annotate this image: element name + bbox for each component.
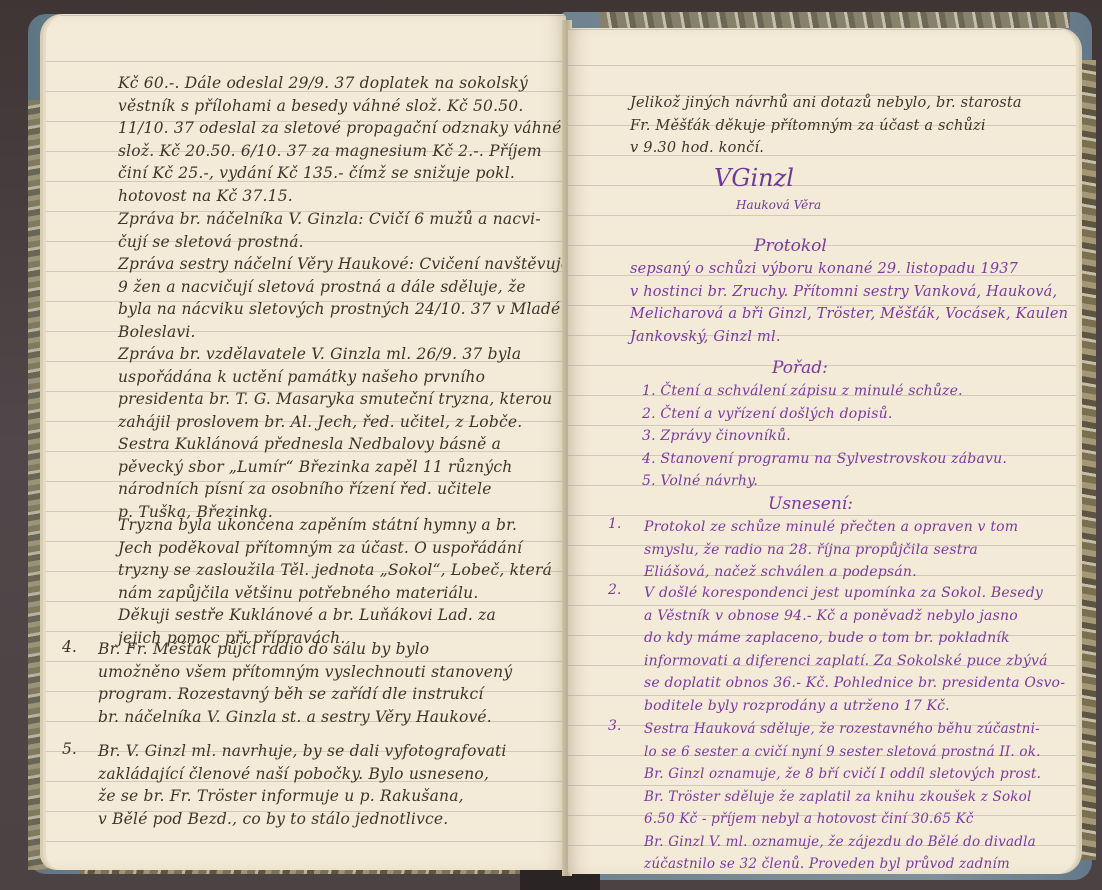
text-line: uspořádána k uctění památky našeho první… <box>118 366 552 389</box>
resolution-number: 2. <box>608 582 621 598</box>
text-line: lo se 6 sester a cvičí nyní 9 sester sle… <box>644 741 1041 764</box>
text-line: Sestra Kuklánová přednesla Nedbalovy bás… <box>118 433 552 456</box>
text-line: národních písní za osobního řízení řed. … <box>118 478 552 501</box>
signature-ginzl: VGinzl <box>714 164 794 192</box>
paragraph-item-4-radio: Br. Fr. Měšťák půjčí radio do sálu by by… <box>98 638 512 728</box>
text-line: boditele byly rozprodány a utrženo 17 Kč… <box>644 695 1065 718</box>
text-line: Protokol ze schůze minulé přečten a opra… <box>644 516 1018 539</box>
text-line: Jelikož jiných návrhů ani dotazů nebylo,… <box>630 92 1022 115</box>
paragraph-treasurer-report: Kč 60.-. Dále odeslal 29/9. 37 doplatek … <box>118 72 561 207</box>
text-line: že se br. Fr. Tröster informuje u p. Rak… <box>98 785 507 808</box>
paragraph-memorial-ceremony: Tryzna byla ukončena zapěním státní hymn… <box>118 514 552 649</box>
text-line: tryzny se zasloužila Těl. jednota „Sokol… <box>118 559 552 582</box>
paragraph-mens-leader-report: Zpráva br. náčelníka V. Ginzla: Cvičí 6 … <box>118 208 541 253</box>
text-line: věstník s přílohami a besedy váhné slož.… <box>118 95 561 118</box>
text-line: 6.50 Kč - příjem nebyl a hotovost činí 3… <box>644 808 1041 831</box>
text-line: Fr. Měšťák děkuje přítomným za účast a s… <box>630 115 1022 138</box>
item-number: 5. <box>62 740 77 758</box>
resolution-number: 3. <box>608 718 621 734</box>
agenda-list: 1. Čtení a schválení zápisu z minulé sch… <box>642 380 1007 493</box>
text-line: Br. Ginzl V. ml. oznamuje, že zájezdu do… <box>644 831 1041 854</box>
resolution-3: Sestra Hauková sděluje, že rozestavného … <box>644 718 1041 876</box>
text-line: Zpráva br. vzdělavatele V. Ginzla ml. 26… <box>118 343 552 366</box>
text-line: 11/10. 37 odeslal za sletové propagační … <box>118 117 561 140</box>
text-line: Zpráva sestry náčelní Věry Haukové: Cvič… <box>118 253 570 276</box>
text-line: Tryzna byla ukončena zapěním státní hymn… <box>118 514 552 537</box>
agenda-title: Pořad: <box>772 358 828 378</box>
text-line: V došlé korespondenci jest upomínka za S… <box>644 582 1065 605</box>
agenda-item: 4. Stanovení programu na Sylvestrovskou … <box>642 448 1007 471</box>
signature-haukova: Hauková Věra <box>736 198 821 212</box>
text-line: program. Rozestavný běh se zařídí dle in… <box>98 683 512 706</box>
text-line: smyslu, že radio na 28. října propůjčila… <box>644 539 1018 562</box>
paragraph-womens-leader-report: Zpráva sestry náčelní Věry Haukové: Cvič… <box>118 253 570 343</box>
marbled-edge-right <box>1074 60 1096 860</box>
text-line: 9 žen a nacvičují sletová prostná a dále… <box>118 276 570 299</box>
paragraph-education-report: Zpráva br. vzdělavatele V. Ginzla ml. 26… <box>118 343 552 523</box>
agenda-item: 2. Čtení a vyřízení došlých dopisů. <box>642 403 1007 426</box>
text-line: Eliášová, načež schválen a podepsán. <box>644 561 1018 584</box>
text-line: Boleslavi. <box>118 321 570 344</box>
marbled-edge-top <box>600 12 1070 28</box>
text-line: v Bělé pod Bezd., co by to stálo jednotl… <box>98 808 507 831</box>
text-line: do kdy máme zaplaceno, bude o tom br. po… <box>644 627 1065 650</box>
text-line: pěvecký sbor „Lumír“ Březinka zapěl 11 r… <box>118 456 552 479</box>
text-line: v 9.30 hod. končí. <box>630 137 1022 160</box>
text-line: čují se sletová prostná. <box>118 231 541 254</box>
text-line: se doplatit obnos 36.- Kč. Pohlednice br… <box>644 672 1065 695</box>
text-line: informovati a diferenci zaplatí. Za Soko… <box>644 650 1065 673</box>
text-line: Kč 60.-. Dále odeslal 29/9. 37 doplatek … <box>118 72 561 95</box>
text-line: v hostinci br. Zruchy. Přítomni sestry V… <box>630 281 1068 304</box>
agenda-item: 5. Volné návrhy. <box>642 470 1007 493</box>
text-line: Zpráva br. náčelníka V. Ginzla: Cvičí 6 … <box>118 208 541 231</box>
text-line: hotovost na Kč 37.15. <box>118 185 561 208</box>
text-line: Br. Fr. Měšťák půjčí radio do sálu by by… <box>98 638 512 661</box>
text-line: činí Kč 25.-, vydání Kč 135.- čímž se sn… <box>118 162 561 185</box>
text-line: zakládající členové naší pobočky. Bylo u… <box>98 763 507 786</box>
resolutions-title: Usnesení: <box>768 494 853 514</box>
text-line: Br. Ginzl oznamuje, že 8 bří cvičí I odd… <box>644 763 1041 786</box>
text-line: a Věstník v obnose 94.- Kč a poněvadž ne… <box>644 605 1065 628</box>
protocol-intro: sepsaný o schůzi výboru konané 29. listo… <box>630 258 1068 348</box>
paragraph-item-5-photo: Br. V. Ginzl ml. navrhuje, by se dali vy… <box>98 740 507 830</box>
right-page: Jelikož jiných návrhů ani dotazů nebylo,… <box>568 28 1076 874</box>
text-line: umožněno všem přítomným vyslechnouti sta… <box>98 661 512 684</box>
resolution-number: 1. <box>608 516 621 532</box>
text-line: br. náčelníka V. Ginzla st. a sestry Věr… <box>98 706 512 729</box>
resolution-1: Protokol ze schůze minulé přečten a opra… <box>644 516 1018 584</box>
text-line: Melicharová a bři Ginzl, Tröster, Měšťák… <box>630 303 1068 326</box>
text-line: Jech poděkoval přítomným za účast. O usp… <box>118 537 552 560</box>
text-line: byla na nácviku sletových prostných 24/1… <box>118 298 570 321</box>
text-line: Br. V. Ginzl ml. navrhuje, by se dali vy… <box>98 740 507 763</box>
text-line: Br. Tröster sděluje že zaplatil za knihu… <box>644 786 1041 809</box>
text-line: nám zapůjčila většinu potřebného materiá… <box>118 582 552 605</box>
text-line: Sestra Hauková sděluje, že rozestavného … <box>644 718 1041 741</box>
text-line: zahájil proslovem br. Al. Jech, řed. uči… <box>118 411 552 434</box>
text-line: Děkuji sestře Kuklánové a br. Luňákovi L… <box>118 604 552 627</box>
text-line: Jankovský, Ginzl ml. <box>630 326 1068 349</box>
text-line: presidenta br. T. G. Masaryka smuteční t… <box>118 388 552 411</box>
resolution-2: V došlé korespondenci jest upomínka za S… <box>644 582 1065 717</box>
text-line: zúčastnilo se 32 členů. Proveden byl prů… <box>644 853 1041 876</box>
item-number: 4. <box>62 638 77 656</box>
protocol-title: Protokol <box>754 236 827 256</box>
left-page: Kč 60.-. Dále odeslal 29/9. 37 doplatek … <box>46 14 566 870</box>
agenda-item: 1. Čtení a schválení zápisu z minulé sch… <box>642 380 1007 403</box>
agenda-item: 3. Zprávy činovníků. <box>642 425 1007 448</box>
text-line: sepsaný o schůzi výboru konané 29. listo… <box>630 258 1068 281</box>
text-line: slož. Kč 20.50. 6/10. 37 za magnesium Kč… <box>118 140 561 163</box>
closing-paragraph: Jelikož jiných návrhů ani dotazů nebylo,… <box>630 92 1022 160</box>
